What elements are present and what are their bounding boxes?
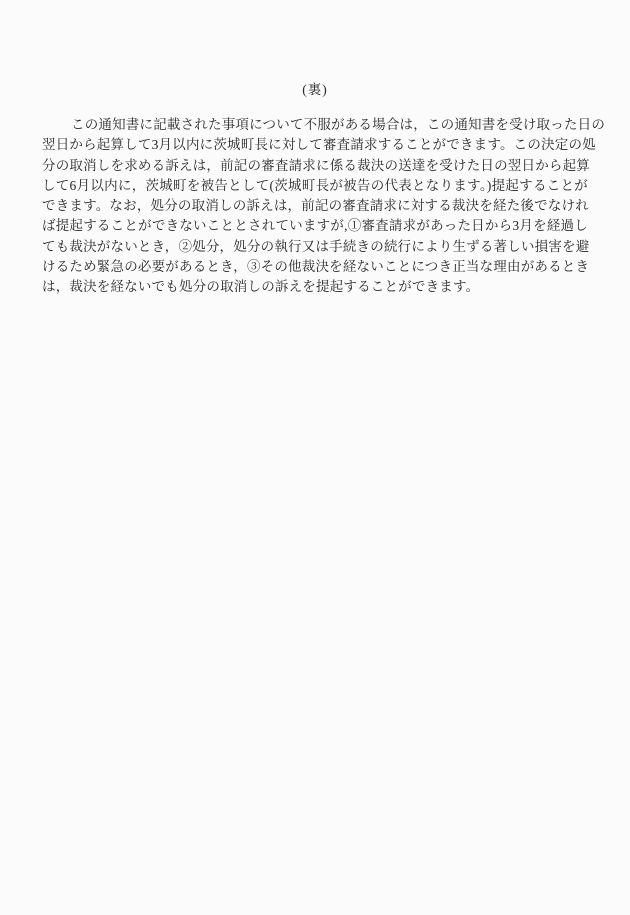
- paragraph-line: できます。なお，処分の取消しの訴えは，前記の審査請求に対する裁決を経た後でなけれ: [42, 196, 588, 216]
- paragraph-line: ても裁決がないとき，②処分，処分の執行又は手続きの続行により生ずる著しい損害を避: [42, 237, 588, 257]
- paragraph-line: ば提起することができないこととされていますが,①審査請求があった日から3月を経過…: [42, 216, 588, 236]
- page-side-label: (裏): [42, 80, 588, 100]
- notice-paragraph: この通知書に記載された事項について不服がある場合は，この通知書を受け取った日の …: [42, 115, 588, 298]
- paragraph-line: この通知書に記載された事項について不服がある場合は，この通知書を受け取った日の: [42, 115, 588, 135]
- paragraph-line: 翌日から起算して3月以内に茨城町長に対して審査請求することができます。この決定の…: [42, 135, 588, 155]
- paragraph-line: は，裁決を経ないでも処分の取消しの訴えを提起することができます。: [42, 277, 588, 297]
- paragraph-line: して6月以内に，茨城町を被告として(茨城町長が被告の代表となります。)提起するこ…: [42, 176, 588, 196]
- document-page: (裏) この通知書に記載された事項について不服がある場合は，この通知書を受け取っ…: [0, 0, 630, 915]
- paragraph-line: 分の取消しを求める訴えは，前記の審査請求に係る裁決の送達を受けた日の翌日から起算: [42, 156, 588, 176]
- paragraph-line: けるため緊急の必要があるとき，③その他裁決を経ないことにつき正当な理由があるとき: [42, 257, 588, 277]
